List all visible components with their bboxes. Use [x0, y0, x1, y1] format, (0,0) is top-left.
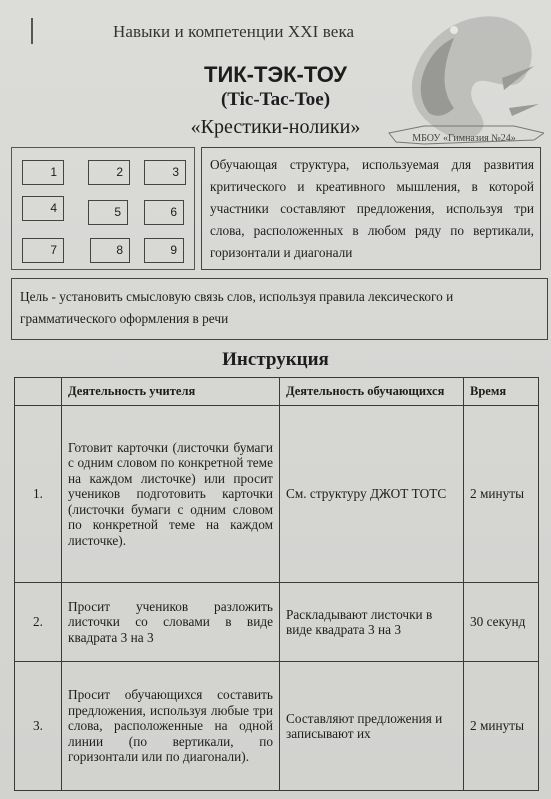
- grid-cell: 4: [22, 196, 64, 221]
- step-number: 1.: [15, 406, 62, 583]
- table-row: 1. Готовит карточки (листочки бумаги с о…: [15, 406, 539, 583]
- tic-tac-toe-grid: 1 2 3 4 5 6 7 8 9: [11, 147, 195, 270]
- page-title: ТИК-ТЭК-ТОУ: [0, 62, 551, 88]
- column-header-students: Деятельность обучающихся: [280, 378, 464, 406]
- page-subtitle-english: (Tic-Tac-Toe): [0, 89, 551, 111]
- column-header-teacher: Деятельность учителя: [62, 378, 280, 406]
- column-header-number: [15, 378, 62, 406]
- grid-cell: 9: [144, 238, 184, 263]
- table-row: 2. Просит учеников разложить листочки со…: [15, 583, 539, 662]
- grid-cell: 5: [88, 200, 128, 225]
- step-number: 2.: [15, 583, 62, 662]
- step-time: 30 секунд: [464, 583, 539, 662]
- teacher-activity: Просит обучающихся составить предложения…: [62, 662, 280, 791]
- column-header-time: Время: [464, 378, 539, 406]
- grid-cell: 8: [90, 238, 130, 263]
- grid-cell: 6: [144, 200, 184, 225]
- grid-cell: 2: [88, 160, 130, 185]
- structure-description: Обучающая структура, используемая для ра…: [201, 147, 541, 270]
- step-time: 2 минуты: [464, 662, 539, 791]
- grid-cell: 7: [22, 238, 64, 263]
- teacher-activity: Просит учеников разложить листочки со сл…: [62, 583, 280, 662]
- instruction-table: Деятельность учителя Деятельность обучаю…: [14, 377, 539, 791]
- student-activity: Раскладывают листочки в виде квадрата 3 …: [280, 583, 464, 662]
- goal-statement: Цель - установить смысловую связь слов, …: [11, 278, 548, 340]
- teacher-activity: Готовит карточки (листочки бумаги с одни…: [62, 406, 280, 583]
- table-row: 3. Просит обучающихся составить предложе…: [15, 662, 539, 791]
- step-time: 2 минуты: [464, 406, 539, 583]
- instruction-heading: Инструкция: [0, 349, 551, 371]
- page-subtitle-russian: «Крестики-нолики»: [0, 116, 551, 139]
- grid-cell: 1: [22, 160, 64, 185]
- grid-cell: 3: [144, 160, 186, 185]
- student-activity: См. структуру ДЖОТ ТОТС: [280, 406, 464, 583]
- student-activity: Составляют предложения и записывают их: [280, 662, 464, 791]
- table-header-row: Деятельность учителя Деятельность обучаю…: [15, 378, 539, 406]
- section-header: Навыки и компетенции XXI века: [113, 22, 354, 42]
- header-divider: [31, 18, 33, 44]
- step-number: 3.: [15, 662, 62, 791]
